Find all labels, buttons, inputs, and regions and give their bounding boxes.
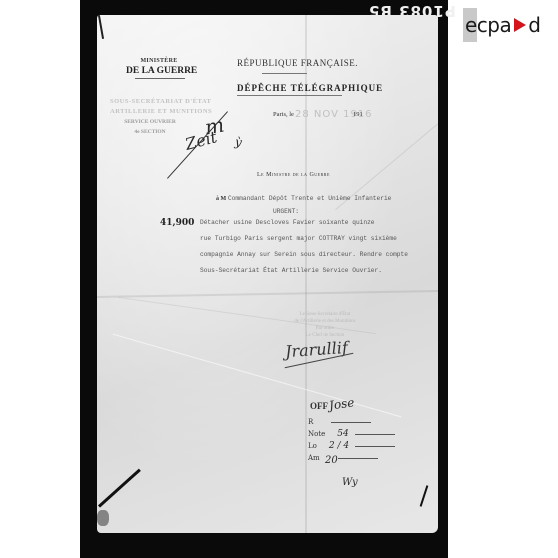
ecpad-logo[interactable]: ecpa d	[463, 8, 558, 42]
sender-line: Le Ministre de la Guerre	[257, 172, 330, 178]
recipient-line: Commandant Dépôt Trente et Unième Infant…	[228, 195, 391, 202]
signature: Jrarullif	[284, 338, 348, 361]
telegram-document: MINISTÈRE DE LA GUERRE SOUS-SECRÉTARIAT …	[97, 15, 438, 533]
divider	[237, 95, 342, 96]
ministry-label: MINISTÈRE	[129, 58, 189, 64]
section-stamp: SOUS-SECRÉTARIAT D'ÉTAT ARTILLERIE ET MU…	[110, 97, 190, 137]
ministry-name: DE LA GUERRE	[126, 66, 192, 76]
signature-stamp: Le Sous-Secrétaire d'État de l'Artilleri…	[285, 311, 365, 339]
routing-row: R	[308, 417, 371, 427]
year-prefix: 191	[353, 111, 363, 118]
routing-row: Am	[308, 453, 378, 463]
document-type-heading: DÉPÊCHE TÉLÉGRAPHIQUE	[237, 83, 383, 93]
routing-row: Note54	[308, 429, 395, 439]
ink-stroke	[98, 469, 141, 508]
message-line: compagnie Annay sur Serein sous directeu…	[200, 251, 408, 258]
paper-crease	[97, 290, 438, 298]
to-prefix: à M	[216, 196, 226, 202]
office-label: OFF	[310, 401, 328, 411]
office-handwritten: Jose	[328, 395, 355, 412]
priority-label: URGENT:	[273, 208, 299, 215]
divider	[135, 78, 185, 79]
routing-row: Lo2 / 4	[308, 441, 395, 451]
paper-crease	[335, 81, 438, 210]
message-line: rue Turbigo Paris sergent major COTTRAY …	[200, 235, 397, 242]
logo-text-right: d	[528, 13, 540, 37]
divider	[262, 73, 307, 74]
ink-stroke	[420, 485, 429, 507]
logo-text-left: ecpa	[465, 13, 511, 37]
handwritten-annotation: 20	[325, 455, 338, 466]
place-label: Paris, le	[273, 111, 294, 118]
handwritten-initials: Wy	[342, 477, 358, 488]
reference-number: 41,900	[160, 218, 194, 228]
republic-heading: RÉPUBLIQUE FRANÇAISE.	[237, 58, 358, 68]
message-line: Sous-Secrétariat État Artillerie Service…	[200, 267, 382, 274]
message-line: Détacher usine Descloves Favier soixante…	[200, 219, 375, 226]
handwritten-annotation: ỳ	[234, 135, 243, 150]
paper-crease	[113, 334, 402, 418]
ink-blot	[97, 510, 109, 526]
ink-mark	[98, 15, 104, 39]
play-triangle-icon	[514, 18, 526, 32]
